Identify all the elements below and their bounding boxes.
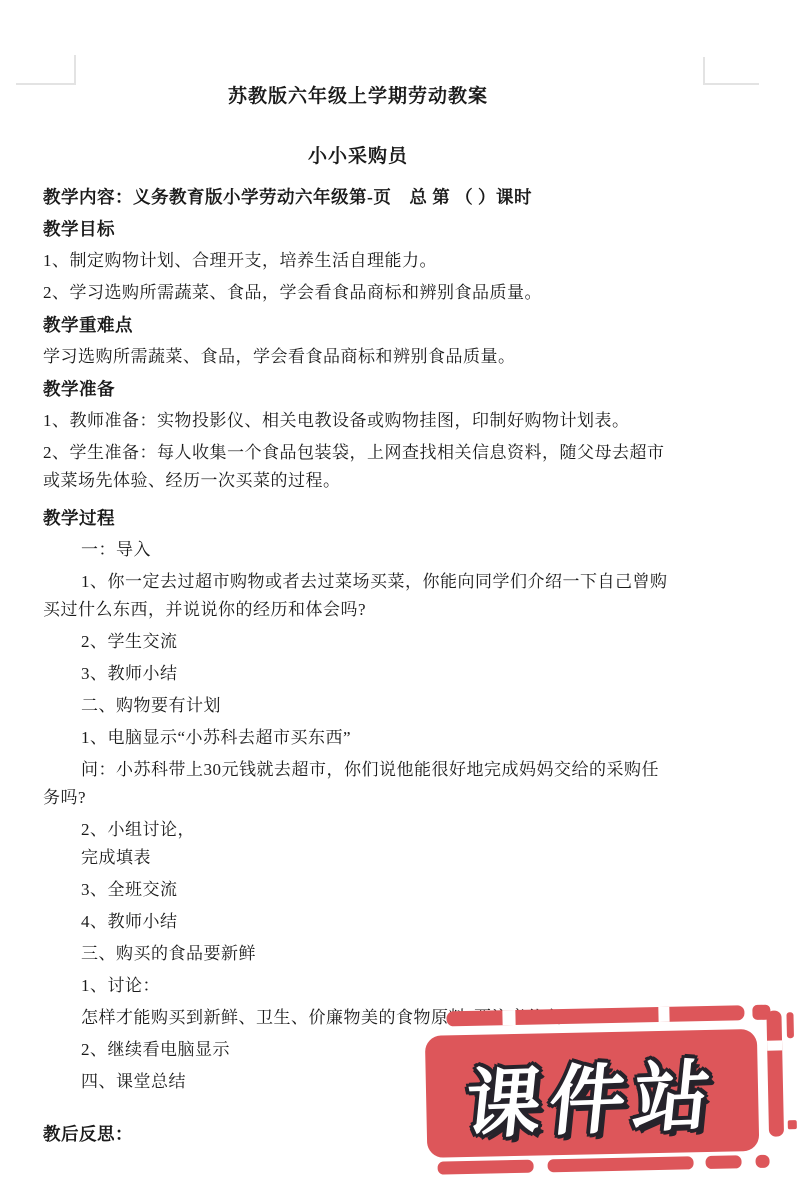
stamp-body: 课件站	[425, 1029, 759, 1158]
doc-line-heading: 教学准备	[43, 375, 713, 403]
doc-line-item: 2、学生准备：每人收集一个食品包装袋，上网查找相关信息资料，随父母去超市	[43, 439, 713, 467]
stamp-border-bottom	[437, 1160, 533, 1175]
doc-line-heading: 教学目标	[43, 215, 713, 243]
doc-line-subtitle: 小小采购员	[43, 143, 673, 171]
stamp-border-gap	[767, 1040, 782, 1050]
doc-line-step: 三、购买的食品要新鲜	[43, 940, 713, 968]
stamp-border-right-dot	[788, 1120, 797, 1129]
doc-line-heading-process: 教学过程	[43, 504, 713, 532]
doc-line-title: 苏教版六年级上学期劳动教案	[43, 83, 673, 111]
stamp-border-right	[766, 1010, 784, 1136]
doc-line-step: 2、小组讨论，	[43, 816, 713, 844]
watermark-stamp: 课件站	[422, 1002, 800, 1175]
doc-line-step: 3、教师小结	[43, 660, 713, 688]
doc-line-step: 1、电脑显示“小苏科去超市买东西”	[43, 724, 713, 752]
doc-line-cont: 买过什么东西，并说说你的经历和体会吗?	[43, 596, 713, 624]
stamp-border-bottom	[705, 1155, 741, 1169]
doc-line-step: 问：小苏科带上30元钱就去超市，你们说他能很好地完成妈妈交给的采购任	[43, 756, 713, 784]
document-page: 苏教版六年级上学期劳动教案小小采购员教学内容：义务教育版小学劳动六年级第-页 总…	[0, 0, 800, 1200]
doc-line-item: 1、制定购物计划、合理开支，培养生活自理能力。	[43, 247, 713, 275]
doc-line-step: 一：导入	[43, 536, 713, 564]
doc-line-cont: 或菜场先体验、经历一次买菜的过程。	[43, 467, 713, 495]
doc-line-step: 二、购物要有计划	[43, 692, 713, 720]
stamp-border-bottom	[547, 1156, 693, 1172]
doc-line-item: 学习选购所需蔬菜、食品，学会看食品商标和辨别食品质量。	[43, 343, 713, 371]
stamp-border-gap	[658, 1007, 669, 1022]
stamp-border-gap	[502, 1010, 515, 1025]
doc-line-step: 1、讨论：	[43, 972, 713, 1000]
doc-line-step: 3、全班交流	[43, 876, 713, 904]
doc-line-heading: 教学重难点	[43, 311, 713, 339]
doc-line-step-cont: 完成填表	[43, 844, 713, 872]
doc-line-item: 1、教师准备：实物投影仪、相关电教设备或购物挂图，印制好购物计划表。	[43, 407, 713, 435]
doc-line-cont: 务吗?	[43, 784, 713, 812]
stamp-border-bottom	[755, 1155, 769, 1168]
doc-line-meta: 教学内容：义务教育版小学劳动六年级第-页 总 第 （ ）课时	[43, 183, 713, 211]
stamp-border-right-tick	[786, 1012, 794, 1038]
stamp-border-top	[446, 1005, 744, 1026]
doc-line-step: 1、你一定去过超市购物或者去过菜场买菜，你能向同学们介绍一下自己曾购	[43, 568, 713, 596]
doc-line-step: 2、学生交流	[43, 628, 713, 656]
doc-line-item: 2、学习选购所需蔬菜、食品，学会看食品商标和辨别食品质量。	[43, 279, 713, 307]
doc-line-step: 4、教师小结	[43, 908, 713, 936]
watermark-text: 课件站	[460, 1034, 724, 1153]
document-body: 苏教版六年级上学期劳动教案小小采购员教学内容：义务教育版小学劳动六年级第-页 总…	[43, 0, 713, 1148]
